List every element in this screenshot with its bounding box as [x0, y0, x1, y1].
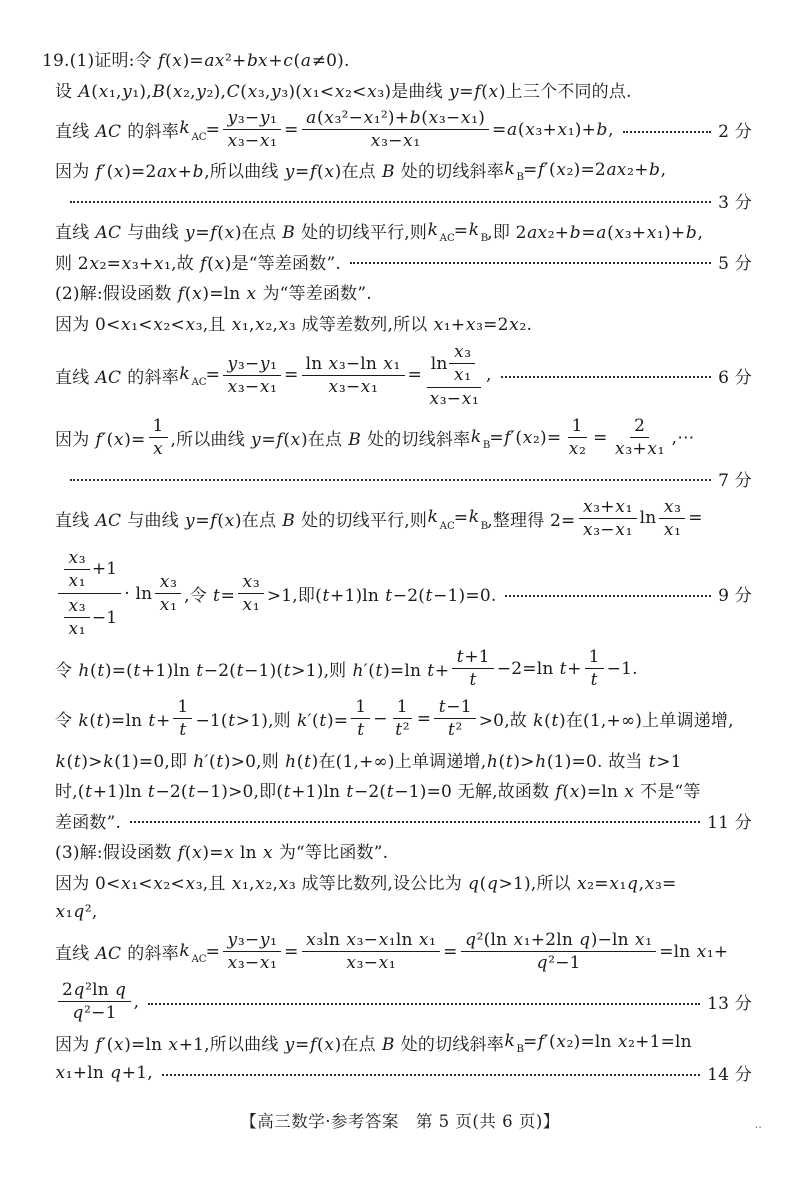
- math-variable: q: [486, 874, 498, 894]
- math-text: x₃ln x₃−x₁ln x₁: [306, 930, 437, 950]
- math-variable: x: [525, 120, 536, 140]
- math-variable: y: [259, 108, 270, 128]
- dot-leader: [505, 595, 711, 597]
- math-variable: x: [615, 520, 626, 540]
- math-variable: x: [460, 108, 471, 128]
- math-variable: x: [513, 930, 524, 950]
- score-label: 3 分: [718, 188, 754, 213]
- math-text: t−1: [438, 697, 472, 717]
- math-variable: t: [551, 711, 559, 731]
- math-variable: B: [152, 82, 166, 102]
- math-variable: t: [319, 711, 327, 731]
- fraction: 1t: [351, 697, 370, 740]
- dot-leader: [162, 1074, 700, 1076]
- math-variable: x: [231, 315, 242, 335]
- math-variable: x: [615, 497, 626, 517]
- math-variable: k: [179, 364, 191, 384]
- math-variable: x: [224, 511, 235, 531]
- math-text: x₃−x₁: [346, 953, 396, 973]
- math-variable: f′: [537, 1032, 549, 1052]
- math-variable: x: [290, 430, 301, 450]
- math-variable: t: [375, 661, 383, 681]
- math-variable: t: [148, 711, 156, 731]
- fraction-numerator: x₃x₁+1: [58, 547, 121, 594]
- math-variable: x: [370, 131, 381, 151]
- math-variable: t: [469, 670, 477, 690]
- math-variable: t: [505, 752, 513, 772]
- math-variable: x: [153, 254, 164, 274]
- fraction-numerator: y₃−y₁: [223, 108, 281, 130]
- math-variable: x: [324, 1035, 335, 1055]
- math-variable: k: [103, 752, 115, 772]
- math-variable: x: [428, 108, 439, 128]
- math-text: 直线 AC 与曲线 y=f(x)在点 B 处的切线平行,则: [55, 218, 427, 243]
- math-text: x₃: [453, 342, 471, 362]
- math-text: =: [206, 365, 220, 385]
- math-text: x₃: [68, 596, 86, 616]
- math-text: k(t)>k(1)=0,即 h′(t)>0,则 h(t)在(1,+∞)上单调递增…: [55, 747, 682, 772]
- corner-mark: ‥: [755, 1118, 764, 1131]
- math-variable: AC: [95, 511, 122, 531]
- math-variable: y: [227, 108, 238, 128]
- fraction-numerator: y₃−y₁: [223, 930, 281, 952]
- math-variable: t: [97, 661, 105, 681]
- fraction: 1t: [585, 647, 604, 690]
- score-label: 7 分: [718, 466, 754, 491]
- math-variable: t: [283, 661, 291, 681]
- math-variable: t: [85, 782, 93, 802]
- math-variable: f′: [95, 430, 107, 450]
- math-variable: x: [89, 254, 100, 274]
- math-variable: f: [200, 254, 208, 274]
- fraction-denominator: t: [175, 719, 191, 740]
- math-variable: x: [328, 354, 339, 374]
- math-variable: x: [403, 131, 414, 151]
- math-text: x₁: [159, 595, 177, 615]
- fraction-numerator: 1: [585, 647, 604, 669]
- symbol-subscript: AC: [191, 377, 206, 388]
- math-variable: q: [73, 902, 85, 922]
- fraction: x₃x₁: [64, 548, 90, 591]
- math-text: +1: [92, 559, 117, 579]
- dot-leader: [501, 376, 712, 378]
- math-variable: k: [533, 711, 545, 731]
- math-variable: t: [236, 661, 244, 681]
- math-variable: B: [348, 430, 362, 450]
- math-text: x₃: [159, 572, 177, 592]
- math-variable: x: [113, 162, 124, 182]
- fraction-denominator: x₁: [449, 364, 475, 385]
- math-variable: x: [159, 595, 170, 615]
- math-text: =f′(x₂)=ln x₂+1=ln: [523, 1032, 692, 1052]
- math-variable: f′: [504, 428, 516, 448]
- subscripted-symbol: kAC: [179, 941, 206, 963]
- math-variable: y: [271, 82, 282, 102]
- math-text: x: [153, 439, 164, 459]
- solution-line-22: x₁q²,: [55, 897, 754, 927]
- fraction: x₃x₁: [155, 572, 181, 615]
- fraction-denominator: t: [465, 669, 481, 690]
- math-variable: x: [185, 874, 196, 894]
- math-text: >1,即(t+1)ln t−2(t−1)=0.: [267, 581, 497, 606]
- math-variable: y: [259, 354, 270, 374]
- fraction-denominator: x₃−x₁: [579, 519, 637, 540]
- math-text: =: [206, 120, 220, 140]
- fraction-numerator: 1: [173, 697, 192, 719]
- math-variable: x: [278, 315, 289, 335]
- solution-line-14: x₃x₁+1x₃x₁−1 · ln x₃x₁,令 t=x₃x₁>1,即(t+1)…: [55, 544, 754, 643]
- fraction-denominator: x₃x₁−1: [58, 594, 121, 640]
- math-variable: x: [663, 520, 674, 540]
- math-variable: x: [247, 82, 258, 102]
- solution-line-2: 设 A(x₁,y₁),B(x₂,y₂),C(x₃,y₃)(x₁<x₂<x₃)是曲…: [55, 75, 754, 105]
- solution-line-19: 差函数”.11 分: [55, 805, 754, 835]
- subscripted-symbol: kB: [470, 427, 489, 449]
- math-variable: AC: [95, 368, 122, 388]
- math-variable: b: [685, 223, 697, 243]
- fraction: t−1t²: [434, 697, 476, 740]
- math-text: x₃−x₁: [370, 131, 420, 151]
- math-variable: B: [282, 511, 296, 531]
- math-variable: x: [68, 596, 79, 616]
- math-variable: x: [453, 342, 464, 362]
- math-variable: f: [309, 162, 317, 182]
- math-variable: bx: [246, 51, 268, 71]
- math-variable: t: [228, 711, 236, 731]
- math-text: =: [688, 508, 702, 528]
- math-variable: x: [569, 782, 580, 802]
- math-variable: x: [696, 942, 707, 962]
- math-variable: a: [596, 223, 607, 243]
- math-text: x₁: [68, 571, 86, 591]
- math-variable: B: [381, 162, 395, 182]
- solution-line-18: 时,(t+1)ln t−2(t−1)>0,即(t+1)ln t−2(t−1)=0…: [55, 775, 754, 805]
- math-text: 直线 AC 与曲线 y=f(x)在点 B 处的切线平行,则: [55, 506, 427, 531]
- math-variable: x: [224, 223, 235, 243]
- math-variable: x: [172, 82, 183, 102]
- math-variable: x: [68, 619, 79, 639]
- fraction-numerator: x₃: [155, 572, 181, 594]
- fraction: 2q²ln qq²−1: [58, 980, 131, 1023]
- math-text: 差函数”.: [55, 808, 121, 833]
- math-text: =: [408, 365, 422, 385]
- symbol-subscript: B: [483, 440, 491, 451]
- fraction-denominator: x₁: [64, 570, 90, 591]
- math-variable: h: [486, 752, 498, 772]
- math-variable: a: [507, 120, 518, 140]
- math-variable: ax: [527, 223, 548, 243]
- dot-leader: [350, 262, 711, 264]
- math-text: x₁: [68, 619, 86, 639]
- math-variable: x: [153, 315, 164, 335]
- math-variable: y: [227, 930, 238, 950]
- fraction-numerator: q²(ln x₁+2ln q)−ln x₁: [461, 930, 657, 952]
- math-text: 1: [177, 697, 188, 717]
- solution-line-16: 令 k(t)=ln t+1t−1(t>1),则 k′(t)=1t−1t²=t−1…: [55, 694, 754, 743]
- fraction-numerator: 2: [630, 416, 649, 438]
- math-variable: x: [383, 354, 394, 374]
- math-variable: x: [624, 782, 635, 802]
- math-variable: f: [309, 1035, 317, 1055]
- math-variable: y: [251, 430, 262, 450]
- fraction: y₃−y₁x₃−x₁: [223, 930, 281, 973]
- math-variable: t: [213, 586, 221, 606]
- math-variable: f′: [95, 1035, 107, 1055]
- fraction-denominator: x₃−x₁: [223, 952, 281, 973]
- subscripted-symbol: kB: [468, 507, 487, 529]
- math-variable: t: [385, 586, 393, 606]
- fraction: a(x₃²−x₁²)+b(x₃−x₁)x₃−x₁: [302, 108, 489, 151]
- math-variable: x: [461, 389, 472, 409]
- math-text: =f′(x₂)=: [489, 428, 561, 448]
- subscripted-symbol: kB: [468, 220, 487, 242]
- math-variable: y: [227, 354, 238, 374]
- solution-line-11: 因为 f′(x)=1x,所以曲线 y=f(x)在点 B 处的切线斜率 kB=f′…: [55, 413, 754, 462]
- fraction: x₃x₁+1x₃x₁−1: [58, 547, 121, 640]
- fraction-numerator: x₃: [238, 572, 264, 594]
- math-variable: t: [395, 720, 403, 740]
- fraction: 1x: [149, 416, 168, 459]
- math-variable: x: [646, 223, 657, 243]
- math-variable: x: [214, 254, 225, 274]
- math-text: ,: [134, 992, 140, 1012]
- math-variable: b: [596, 120, 608, 140]
- math-variable: x: [68, 548, 79, 568]
- fraction: 2x₃+x₁: [611, 416, 669, 459]
- math-text: t: [590, 670, 598, 690]
- math-variable: t: [648, 752, 656, 772]
- symbol-subscript: AC: [191, 132, 206, 143]
- fraction-numerator: x₃: [64, 548, 90, 570]
- math-variable: x: [663, 497, 674, 517]
- dot-leader: [70, 201, 711, 203]
- math-text: x₁: [453, 365, 471, 385]
- math-text: · ln: [124, 584, 152, 604]
- math-variable: t: [133, 661, 141, 681]
- math-variable: k: [504, 159, 516, 179]
- math-variable: a: [306, 108, 317, 128]
- fraction-denominator: x₃−x₁: [324, 376, 382, 397]
- math-variable: f: [177, 284, 185, 304]
- math-variable: x: [278, 874, 289, 894]
- math-variable: t: [304, 752, 312, 772]
- math-variable: t: [438, 697, 446, 717]
- math-text: x₃: [663, 497, 681, 517]
- math-text: 1: [397, 697, 408, 717]
- math-text: =: [206, 942, 220, 962]
- math-text: 1: [355, 697, 366, 717]
- math-variable: k: [427, 507, 439, 527]
- math-variable: x: [185, 315, 196, 335]
- solution-line-12: 7 分: [55, 463, 754, 493]
- math-text: −1(t>1),则 k′(t)=: [195, 706, 348, 731]
- fraction-numerator: t+1: [452, 647, 494, 669]
- fraction: x₃+x₁x₃−x₁: [579, 497, 637, 540]
- fraction-denominator: q²−1: [68, 1002, 121, 1023]
- solution-line-7: 则 2x₂=x₃+x₁,故 f(x)是“等差函数”.5 分: [55, 247, 754, 277]
- score-label: 14 分: [707, 1060, 754, 1085]
- solution-line-24: 2q²ln qq²−1,13 分: [55, 977, 754, 1026]
- math-variable: B: [381, 1035, 395, 1055]
- math-variable: t: [456, 647, 464, 667]
- math-variable: y: [284, 162, 295, 182]
- math-text: 因为 f′(x)=: [55, 425, 146, 450]
- math-variable: f′: [537, 160, 549, 180]
- math-variable: x: [556, 1032, 567, 1052]
- fraction-numerator: x₃: [449, 342, 475, 364]
- math-variable: x: [68, 571, 79, 591]
- fraction-denominator: t²: [391, 719, 414, 740]
- solution-content: 19.(1)证明:令 f(x)=ax²+bx+c(a≠0).设 A(x₁,y₁)…: [55, 44, 754, 1088]
- score-label: 2 分: [718, 117, 754, 142]
- math-variable: x: [583, 520, 594, 540]
- math-variable: t: [427, 661, 435, 681]
- math-variable: AC: [95, 223, 122, 243]
- math-text: =: [454, 221, 468, 241]
- math-variable: x: [242, 595, 253, 615]
- math-variable: q: [536, 953, 548, 973]
- math-text: x₁+ln q+1,: [55, 1063, 153, 1083]
- math-variable: x: [576, 874, 587, 894]
- math-variable: x: [227, 953, 238, 973]
- solution-line-21: 因为 0<x₁<x₂<x₃,且 x₁,x₂,x₃ 成等比数列,设公比为 q(q>…: [55, 866, 754, 896]
- math-text: x₂: [568, 439, 586, 459]
- math-text: (2)解:假设函数 f(x)=ln x 为“等差函数”.: [55, 279, 372, 304]
- math-variable: t: [188, 782, 196, 802]
- solution-line-1: 19.(1)证明:令 f(x)=ax²+bx+c(a≠0).: [42, 44, 754, 74]
- math-variable: x: [363, 108, 374, 128]
- fraction-numerator: x₃: [659, 497, 685, 519]
- fraction: 1t: [173, 697, 192, 740]
- fraction: 1t²: [391, 697, 414, 740]
- math-variable: x: [98, 82, 109, 102]
- math-variable: x: [259, 377, 270, 397]
- fraction-denominator: x₃+x₁: [611, 438, 669, 459]
- math-text: 直线 AC 的斜率: [55, 117, 179, 142]
- math-variable: q: [627, 874, 639, 894]
- fraction-denominator: x₁: [64, 618, 90, 639]
- math-variable: x: [172, 51, 183, 71]
- math-text: y₃−y₁: [227, 354, 277, 374]
- solution-line-25: 因为 f′(x)=ln x+1,所以曲线 y=f(x)在点 B 处的切线斜率 k…: [55, 1027, 754, 1057]
- math-variable: x: [302, 82, 313, 102]
- fraction: x₃ln x₃−x₁ln x₁x₃−x₁: [302, 930, 441, 973]
- math-text: x₁: [242, 595, 260, 615]
- math-variable: t: [357, 720, 365, 740]
- fraction: x₃x₁: [238, 572, 264, 615]
- score-label: 11 分: [707, 808, 754, 833]
- solution-line-9: 因为 0<x₁<x₂<x₃,且 x₁,x₂,x₃ 成等差数列,所以 x₁+x₃=…: [55, 308, 754, 338]
- math-variable: x: [367, 82, 378, 102]
- math-variable: f: [276, 430, 284, 450]
- fraction-denominator: x₃−x₁: [223, 376, 281, 397]
- math-text: t²: [447, 720, 462, 740]
- math-variable: x: [418, 930, 429, 950]
- fraction-denominator: x₁: [238, 594, 264, 615]
- math-text: =: [593, 428, 607, 448]
- math-variable: f: [210, 223, 218, 243]
- math-variable: x: [634, 930, 645, 950]
- math-variable: x: [227, 377, 238, 397]
- fraction: 1x₂: [564, 416, 590, 459]
- math-variable: x: [255, 315, 266, 335]
- math-variable: t: [196, 661, 204, 681]
- math-variable: t: [447, 720, 455, 740]
- math-variable: t: [283, 782, 291, 802]
- math-text: x₃+x₁: [583, 497, 633, 517]
- math-text: 直线 AC 的斜率: [55, 363, 179, 388]
- math-variable: x: [324, 108, 335, 128]
- fraction-numerator: 1: [351, 697, 370, 719]
- subscripted-symbol: kAC: [179, 364, 206, 386]
- math-variable: k: [468, 507, 480, 527]
- fraction-denominator: x₃−x₁: [425, 388, 483, 409]
- math-text: ln: [640, 508, 657, 528]
- math-variable: b: [409, 108, 421, 128]
- math-variable: b: [569, 223, 581, 243]
- subscripted-symbol: kAC: [427, 507, 454, 529]
- math-variable: q: [115, 980, 127, 1000]
- math-variable: x: [509, 315, 520, 335]
- math-text: x₃−x₁: [227, 953, 277, 973]
- fraction-numerator: 2q²ln q: [58, 980, 131, 1002]
- math-variable: k: [470, 427, 482, 447]
- math-text: >0,故 k(t)在(1,+∞)上单调递增,: [479, 706, 734, 731]
- math-text: =: [443, 942, 457, 962]
- math-text: 因为 0<x₁<x₂<x₃,且 x₁,x₂,x₃ 成等比数列,设公比为 q(q>…: [55, 869, 677, 894]
- math-text: =a(x₃+x₁)+b,: [492, 120, 614, 140]
- math-variable: t: [179, 720, 187, 740]
- symbol-subscript: B: [516, 1044, 524, 1055]
- math-variable: x: [488, 82, 499, 102]
- solution-line-20: (3)解:假设函数 f(x)=x ln x 为“等比函数”.: [55, 836, 754, 866]
- math-variable: t: [590, 670, 598, 690]
- math-variable: t: [96, 711, 104, 731]
- math-variable: h′: [193, 752, 209, 772]
- math-variable: ax: [606, 160, 627, 180]
- math-variable: AC: [95, 944, 122, 964]
- math-variable: x: [255, 874, 266, 894]
- math-variable: x: [120, 874, 131, 894]
- math-text: x₃: [242, 572, 260, 592]
- score-label: 13 分: [707, 989, 754, 1014]
- math-text: x₃−x₁: [429, 389, 479, 409]
- math-text: 因为 f′(x)=ln x+1,所以曲线 y=f(x)在点 B 处的切线斜率: [55, 1030, 504, 1055]
- math-text: x₃−x₁: [583, 520, 633, 540]
- math-text: x₃: [68, 548, 86, 568]
- math-variable: q: [72, 1003, 84, 1023]
- solution-line-8: (2)解:假设函数 f(x)=ln x 为“等差函数”.: [55, 277, 754, 307]
- math-variable: x: [259, 953, 270, 973]
- math-variable: b: [649, 160, 661, 180]
- fraction-denominator: x₃−x₁: [366, 130, 424, 151]
- subscripted-symbol: kB: [504, 159, 523, 181]
- math-variable: x: [192, 284, 203, 304]
- math-variable: f: [177, 843, 185, 863]
- math-variable: x: [647, 439, 658, 459]
- math-variable: y: [122, 82, 133, 102]
- math-variable: AC: [95, 122, 122, 142]
- math-text: y₃−y₁: [227, 108, 277, 128]
- fraction: y₃−y₁x₃−x₁: [223, 108, 281, 151]
- math-variable: f: [210, 511, 218, 531]
- math-text: t+1: [456, 647, 490, 667]
- math-text: =: [284, 120, 298, 140]
- math-variable: x: [121, 254, 132, 274]
- math-variable: x: [262, 843, 273, 863]
- math-variable: y: [185, 511, 196, 531]
- math-variable: x: [159, 572, 170, 592]
